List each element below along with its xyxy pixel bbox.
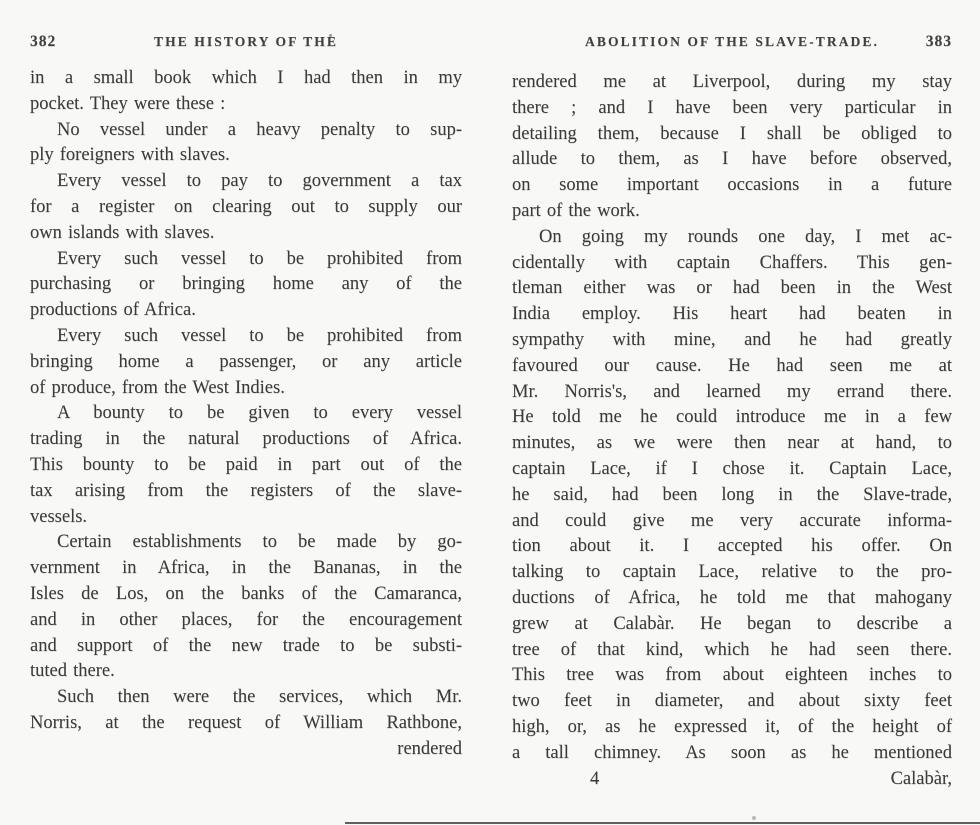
left-page-text: in a small book which I had then in my p… bbox=[30, 66, 462, 763]
text-line: two feet in diameter, and about sixty fe… bbox=[512, 689, 952, 715]
text-line: cidentally with captain Chaffers. This g… bbox=[512, 251, 952, 277]
text-line: in a small book which I had then in my bbox=[30, 66, 462, 92]
text-line: trading in the natural productions of Af… bbox=[30, 427, 462, 453]
text-line: Isles de Los, on the banks of the Camara… bbox=[30, 582, 462, 608]
catchword: rendered bbox=[30, 737, 462, 763]
text-line: detailing them, because I shall be oblig… bbox=[512, 122, 952, 148]
scan-speck bbox=[329, 34, 332, 37]
right-page: ABOLITION OF THE SLAVE-TRADE. 383 render… bbox=[512, 0, 952, 825]
text-line: vernment in Africa, in the Bananas, in t… bbox=[30, 556, 462, 582]
text-line: He told me he could introduce me in a fe… bbox=[512, 405, 952, 431]
text-line: sympathy with mine, and he had greatly bbox=[512, 328, 952, 354]
left-running-title: THE HISTORY OF THE bbox=[92, 34, 400, 50]
text-line: talking to captain Lace, relative to the… bbox=[512, 560, 952, 586]
text-line: A bounty to be given to every vessel bbox=[30, 401, 462, 427]
text-line: a tall chimney. As soon as he mentioned bbox=[512, 741, 952, 767]
text-line: and support of the new trade to be subst… bbox=[30, 634, 462, 660]
text-line: ductions of Africa, he told me that maho… bbox=[512, 586, 952, 612]
left-page: 382 THE HISTORY OF THE in a small book w… bbox=[30, 0, 462, 825]
text-line: captain Lace, if I chose it. Captain Lac… bbox=[512, 457, 952, 483]
text-line: allude to them, as I have before observe… bbox=[512, 147, 952, 173]
left-page-number: 382 bbox=[30, 33, 92, 51]
text-line: tree of that kind, which he had seen the… bbox=[512, 638, 952, 664]
text-line: vessels. bbox=[30, 505, 462, 531]
text-line: tax arising from the registers of the sl… bbox=[30, 479, 462, 505]
text-line: grew at Calabàr. He began to describe a bbox=[512, 612, 952, 638]
text-line: Certain establishments to be made by go- bbox=[30, 530, 462, 556]
text-line: Every such vessel to be prohibited from bbox=[30, 247, 462, 273]
right-running-header: ABOLITION OF THE SLAVE-TRADE. 383 bbox=[512, 33, 952, 51]
text-line: This bounty to be paid in part out of th… bbox=[30, 453, 462, 479]
left-running-header: 382 THE HISTORY OF THE bbox=[30, 33, 462, 51]
text-line: minutes, as we were then near at hand, t… bbox=[512, 431, 952, 457]
text-line: part of the work. bbox=[512, 199, 952, 225]
text-line: purchasing or bringing home any of the bbox=[30, 272, 462, 298]
text-line: and could give me very accurate informa- bbox=[512, 509, 952, 535]
text-line: ply foreigners with slaves. bbox=[30, 143, 462, 169]
scan-edge-line bbox=[345, 822, 980, 824]
text-line: rendered me at Liverpool, during my stay bbox=[512, 70, 952, 96]
text-line: he said, had been long in the Slave-trad… bbox=[512, 483, 952, 509]
text-line: of produce, from the West Indies. bbox=[30, 376, 462, 402]
text-line: tion about it. I accepted his offer. On bbox=[512, 534, 952, 560]
text-line: own islands with slaves. bbox=[30, 221, 462, 247]
signature-mark: 4 bbox=[590, 767, 599, 793]
book-scan-spread: { "colors": { "paper": "#f8f8f6", "ink":… bbox=[0, 0, 980, 825]
text-line: and in other places, for the encourageme… bbox=[30, 608, 462, 634]
text-line: Mr. Norris's, and learned my errand ther… bbox=[512, 380, 952, 406]
text-line: for a register on clearing out to supply… bbox=[30, 195, 462, 221]
footer-line: 4 Calabàr, bbox=[512, 767, 952, 793]
text-line: Norris, at the request of William Rathbo… bbox=[30, 711, 462, 737]
text-line: Every such vessel to be prohibited from bbox=[30, 324, 462, 350]
text-line: high, or, as he expressed it, of the hei… bbox=[512, 715, 952, 741]
right-page-text: rendered me at Liverpool, during my stay… bbox=[512, 70, 952, 792]
text-line: Every vessel to pay to government a tax bbox=[30, 169, 462, 195]
text-line: bringing home a passenger, or any articl… bbox=[30, 350, 462, 376]
text-line: India employ. His heart had beaten in bbox=[512, 302, 952, 328]
text-line: tuted there. bbox=[30, 659, 462, 685]
catchword: Calabàr, bbox=[891, 767, 952, 793]
text-line: there ; and I have been very particular … bbox=[512, 96, 952, 122]
text-line: pocket. They were these : bbox=[30, 92, 462, 118]
text-line: favoured our cause. He had seen me at bbox=[512, 354, 952, 380]
text-line: productions of Africa. bbox=[30, 298, 462, 324]
text-line: Such then were the services, which Mr. bbox=[30, 685, 462, 711]
text-line: on some important occasions in a future bbox=[512, 173, 952, 199]
scan-speck bbox=[752, 816, 756, 820]
text-line: This tree was from about eighteen inches… bbox=[512, 663, 952, 689]
text-line: tleman either was or had been in the Wes… bbox=[512, 276, 952, 302]
text-line: On going my rounds one day, I met ac- bbox=[512, 225, 952, 251]
right-page-number: 383 bbox=[890, 33, 952, 51]
text-line: No vessel under a heavy penalty to sup- bbox=[30, 118, 462, 144]
right-running-title: ABOLITION OF THE SLAVE-TRADE. bbox=[574, 34, 890, 50]
